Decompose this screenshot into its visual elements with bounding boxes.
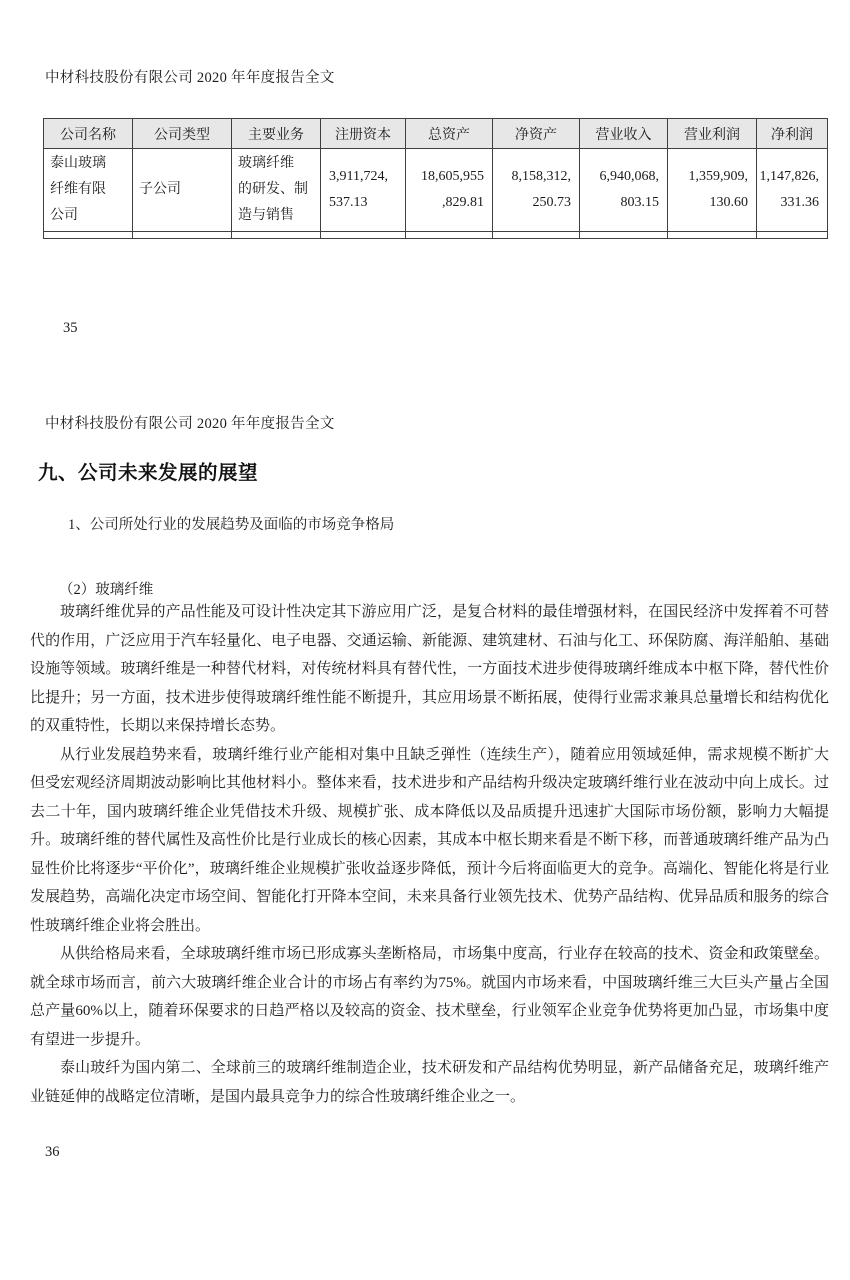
col-header-revenue: 营业收入 xyxy=(580,119,668,149)
col-header-registered-capital: 注册资本 xyxy=(321,119,406,149)
report-header-middle: 中材科技股份有限公司 2020 年年度报告全文 xyxy=(45,412,335,433)
cell-revenue: 6,940,068, 803.15 xyxy=(580,149,668,232)
cell-net-profit: 1,147,826, 331.36 xyxy=(757,149,828,232)
col-header-net-assets: 净资产 xyxy=(493,119,580,149)
page-number-36: 36 xyxy=(45,1144,60,1161)
paragraph-glass-fiber-overview: 玻璃纤维优异的产品性能及可设计性决定其下游应用广泛，是复合材料的最佳增强材料，在… xyxy=(30,598,829,741)
cell-registered-capital: 3,911,724, 537.13 xyxy=(321,149,406,232)
col-header-main-business: 主要业务 xyxy=(232,119,321,149)
cell-main-business: 玻璃纤维 的研发、制 造与销售 xyxy=(232,149,321,232)
col-header-total-assets: 总资产 xyxy=(406,119,493,149)
paragraph-taishan-position: 泰山玻纤为国内第二、全球前三的玻璃纤维制造企业，技术研发和产品结构优势明显，新产… xyxy=(30,1054,829,1111)
paragraph-industry-trend: 从行业发展趋势来看，玻璃纤维行业产能相对集中且缺乏弹性（连续生产），随着应用领域… xyxy=(30,741,829,941)
table-truncated-row xyxy=(44,232,828,239)
report-header-top: 中材科技股份有限公司 2020 年年度报告全文 xyxy=(45,66,335,87)
table-header-row: 公司名称 公司类型 主要业务 注册资本 总资产 净资产 营业收入 营业利润 净利… xyxy=(44,119,828,149)
report-page: 中材科技股份有限公司 2020 年年度报告全文 公司名称 公司类型 主要业务 注… xyxy=(0,0,850,1280)
paragraph-supply-pattern: 从供给格局来看，全球玻璃纤维市场已形成寡头垄断格局，市场集中度高，行业存在较高的… xyxy=(30,940,829,1054)
cell-company-type: 子公司 xyxy=(133,149,232,232)
cell-total-assets: 18,605,955 ,829.81 xyxy=(406,149,493,232)
cell-company-name: 泰山玻璃 纤维有限 公司 xyxy=(44,149,133,232)
subsidiary-table: 公司名称 公司类型 主要业务 注册资本 总资产 净资产 营业收入 营业利润 净利… xyxy=(43,118,828,239)
col-header-company-name: 公司名称 xyxy=(44,119,133,149)
body-text: 玻璃纤维优异的产品性能及可设计性决定其下游应用广泛，是复合材料的最佳增强材料，在… xyxy=(30,598,829,1111)
page-number-35: 35 xyxy=(63,320,78,337)
cell-net-assets: 8,158,312, 250.73 xyxy=(493,149,580,232)
cell-operating-profit: 1,359,909, 130.60 xyxy=(668,149,757,232)
col-header-net-profit: 净利润 xyxy=(757,119,828,149)
subheading-industry-trends: 1、公司所处行业的发展趋势及面临的市场竞争格局 xyxy=(68,513,394,534)
table-row: 泰山玻璃 纤维有限 公司 子公司 玻璃纤维 的研发、制 造与销售 3,911,7… xyxy=(44,149,828,232)
col-header-operating-profit: 营业利润 xyxy=(668,119,757,149)
subheading-glass-fiber: （2）玻璃纤维 xyxy=(59,578,153,599)
section-title: 九、公司未来发展的展望 xyxy=(38,457,258,485)
col-header-company-type: 公司类型 xyxy=(133,119,232,149)
